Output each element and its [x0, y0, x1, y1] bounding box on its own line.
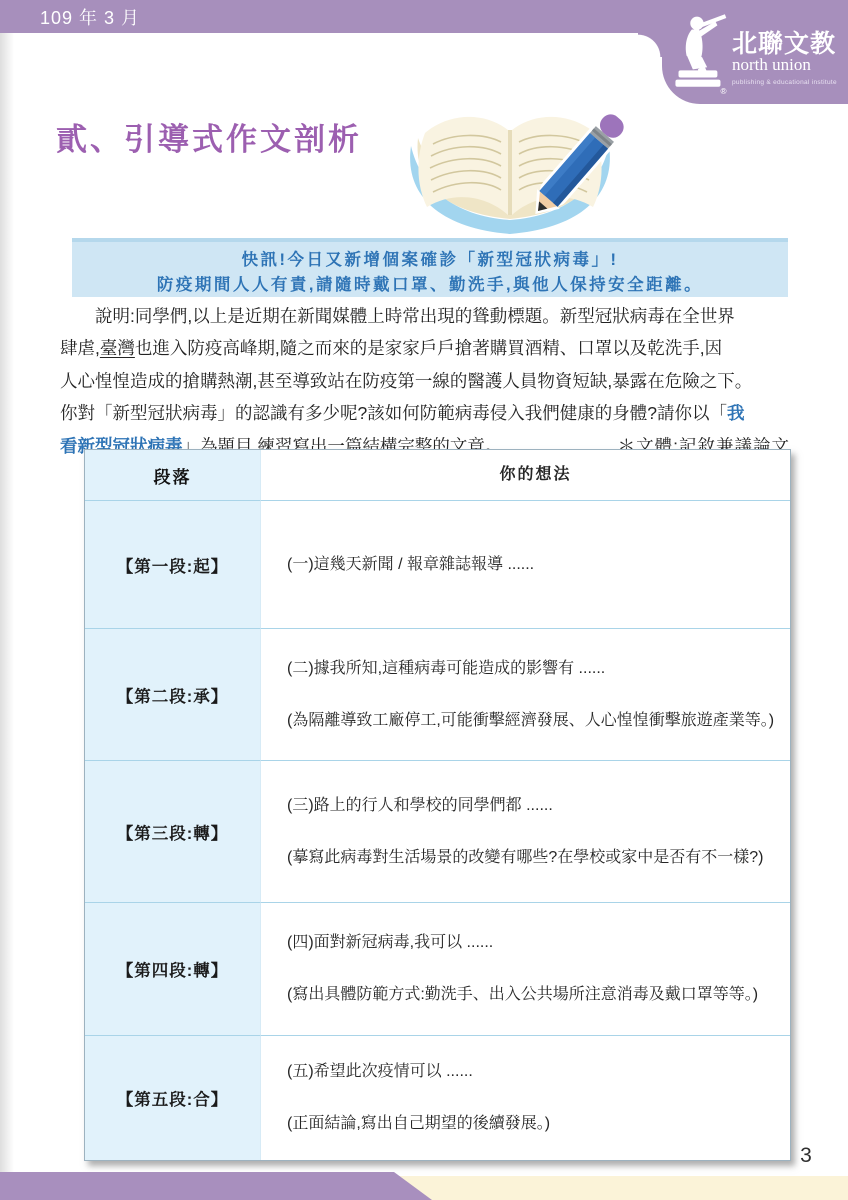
- alert-line-2: 防疫期間人人有責,請隨時戴口罩、勤洗手,與他人保持安全距離。: [72, 273, 788, 298]
- row-label-2: 【第二段:承】: [85, 628, 260, 760]
- row-content-2: (二)據我所知,這種病毒可能造成的影響有 ...... (為隔離導致工廠停工,可…: [260, 628, 790, 760]
- issue-date-label: 109 年 3 月: [40, 4, 140, 30]
- idea-line: (四)面對新冠病毒,我可以 ......: [287, 930, 784, 956]
- section-title: 貳、引導式作文剖析: [56, 114, 362, 159]
- reader-on-books-icon: ®: [670, 10, 730, 98]
- column-header-ideas: 你的想法: [260, 450, 790, 500]
- row-label-3: 【第三段:轉】: [85, 760, 260, 902]
- column-header-paragraph: 段落: [85, 450, 260, 500]
- news-alert-banner: 快訊!今日又新增個案確診「新型冠狀病毒」! 防疫期間人人有責,請隨時戴口罩、勤洗…: [72, 238, 788, 297]
- essay-title-highlight-1: 我: [727, 403, 745, 423]
- intro-text-2c: 也進入防疫高峰期,隨之而來的是家家戶戶搶著購買酒精、口罩以及乾洗手,因: [135, 338, 722, 358]
- row-label-5: 【第五段:合】: [85, 1035, 260, 1160]
- book-and-pencil-icon: [398, 94, 628, 244]
- row-content-4: (四)面對新冠病毒,我可以 ...... (寫出具體防範方式:勤洗手、出入公共場…: [260, 902, 790, 1035]
- row-content-3: (三)路上的行人和學校的同學們都 ...... (摹寫此病毒對生活場景的改變有哪…: [260, 760, 790, 902]
- page-number: 3: [792, 1144, 820, 1168]
- worksheet-table: 段落 你的想法 【第一段:起】 (一)這幾天新聞 / 報章雜誌報導 ......…: [84, 449, 791, 1161]
- intro-text-3: 人心惶惶造成的搶購熱潮,甚至導致站在防疫第一線的醫護人員物資短缺,暴露在危險之下…: [60, 371, 752, 391]
- row-label-1: 【第一段:起】: [85, 500, 260, 628]
- logo-title-en: north union: [732, 55, 811, 75]
- intro-text-4a: 你對「新型冠狀病毒」的認識有多少呢?該如何防範病毒侵入我們健康的身體?請你以「: [60, 403, 727, 423]
- alert-line-1: 快訊!今日又新增個案確診「新型冠狀病毒」!: [72, 248, 788, 273]
- logo-subtitle: publishing & educational institute: [732, 79, 837, 86]
- idea-hint-line: (為隔離導致工廠停工,可能衝擊經濟發展、人心惶惶衝擊旅遊產業等。): [287, 708, 784, 734]
- idea-line: (五)希望此次疫情可以 ......: [287, 1059, 784, 1085]
- row-label-4: 【第四段:轉】: [85, 902, 260, 1035]
- idea-line: (二)據我所知,這種病毒可能造成的影響有 ......: [287, 656, 784, 682]
- taiwan-proper-noun: 臺灣: [100, 338, 135, 358]
- intro-text-2a: 肆虐,: [60, 338, 100, 358]
- registered-mark: ®: [720, 87, 726, 96]
- row-content-1: (一)這幾天新聞 / 報章雜誌報導 ......: [260, 500, 790, 628]
- logo-panel: ® 北聯文教 north union publishing & educatio…: [662, 0, 848, 104]
- idea-line: (一)這幾天新聞 / 報章雜誌報導 ......: [287, 552, 784, 578]
- idea-line: (三)路上的行人和學校的同學們都 ......: [287, 793, 784, 819]
- header-corner-curve: [638, 33, 662, 57]
- idea-hint-line: (正面結論,寫出自己期望的後續發展。): [287, 1111, 784, 1137]
- idea-hint-line: (寫出具體防範方式:勤洗手、出入公共場所注意消毒及戴口罩等等。): [287, 982, 784, 1008]
- footer-accent-shape: [0, 1172, 432, 1200]
- intro-paragraph: 說明:同學們,以上是近期在新聞媒體上時常出現的聳動標題。新型冠狀病毒在全世界 肆…: [60, 300, 794, 462]
- page-edge-shadow: [0, 33, 14, 1172]
- row-content-5: (五)希望此次疫情可以 ...... (正面結論,寫出自己期望的後續發展。): [260, 1035, 790, 1160]
- idea-hint-line: (摹寫此病毒對生活場景的改變有哪些?在學校或家中是否有不一樣?): [287, 845, 784, 871]
- intro-text-1: 說明:同學們,以上是近期在新聞媒體上時常出現的聳動標題。新型冠狀病毒在全世界: [95, 306, 735, 326]
